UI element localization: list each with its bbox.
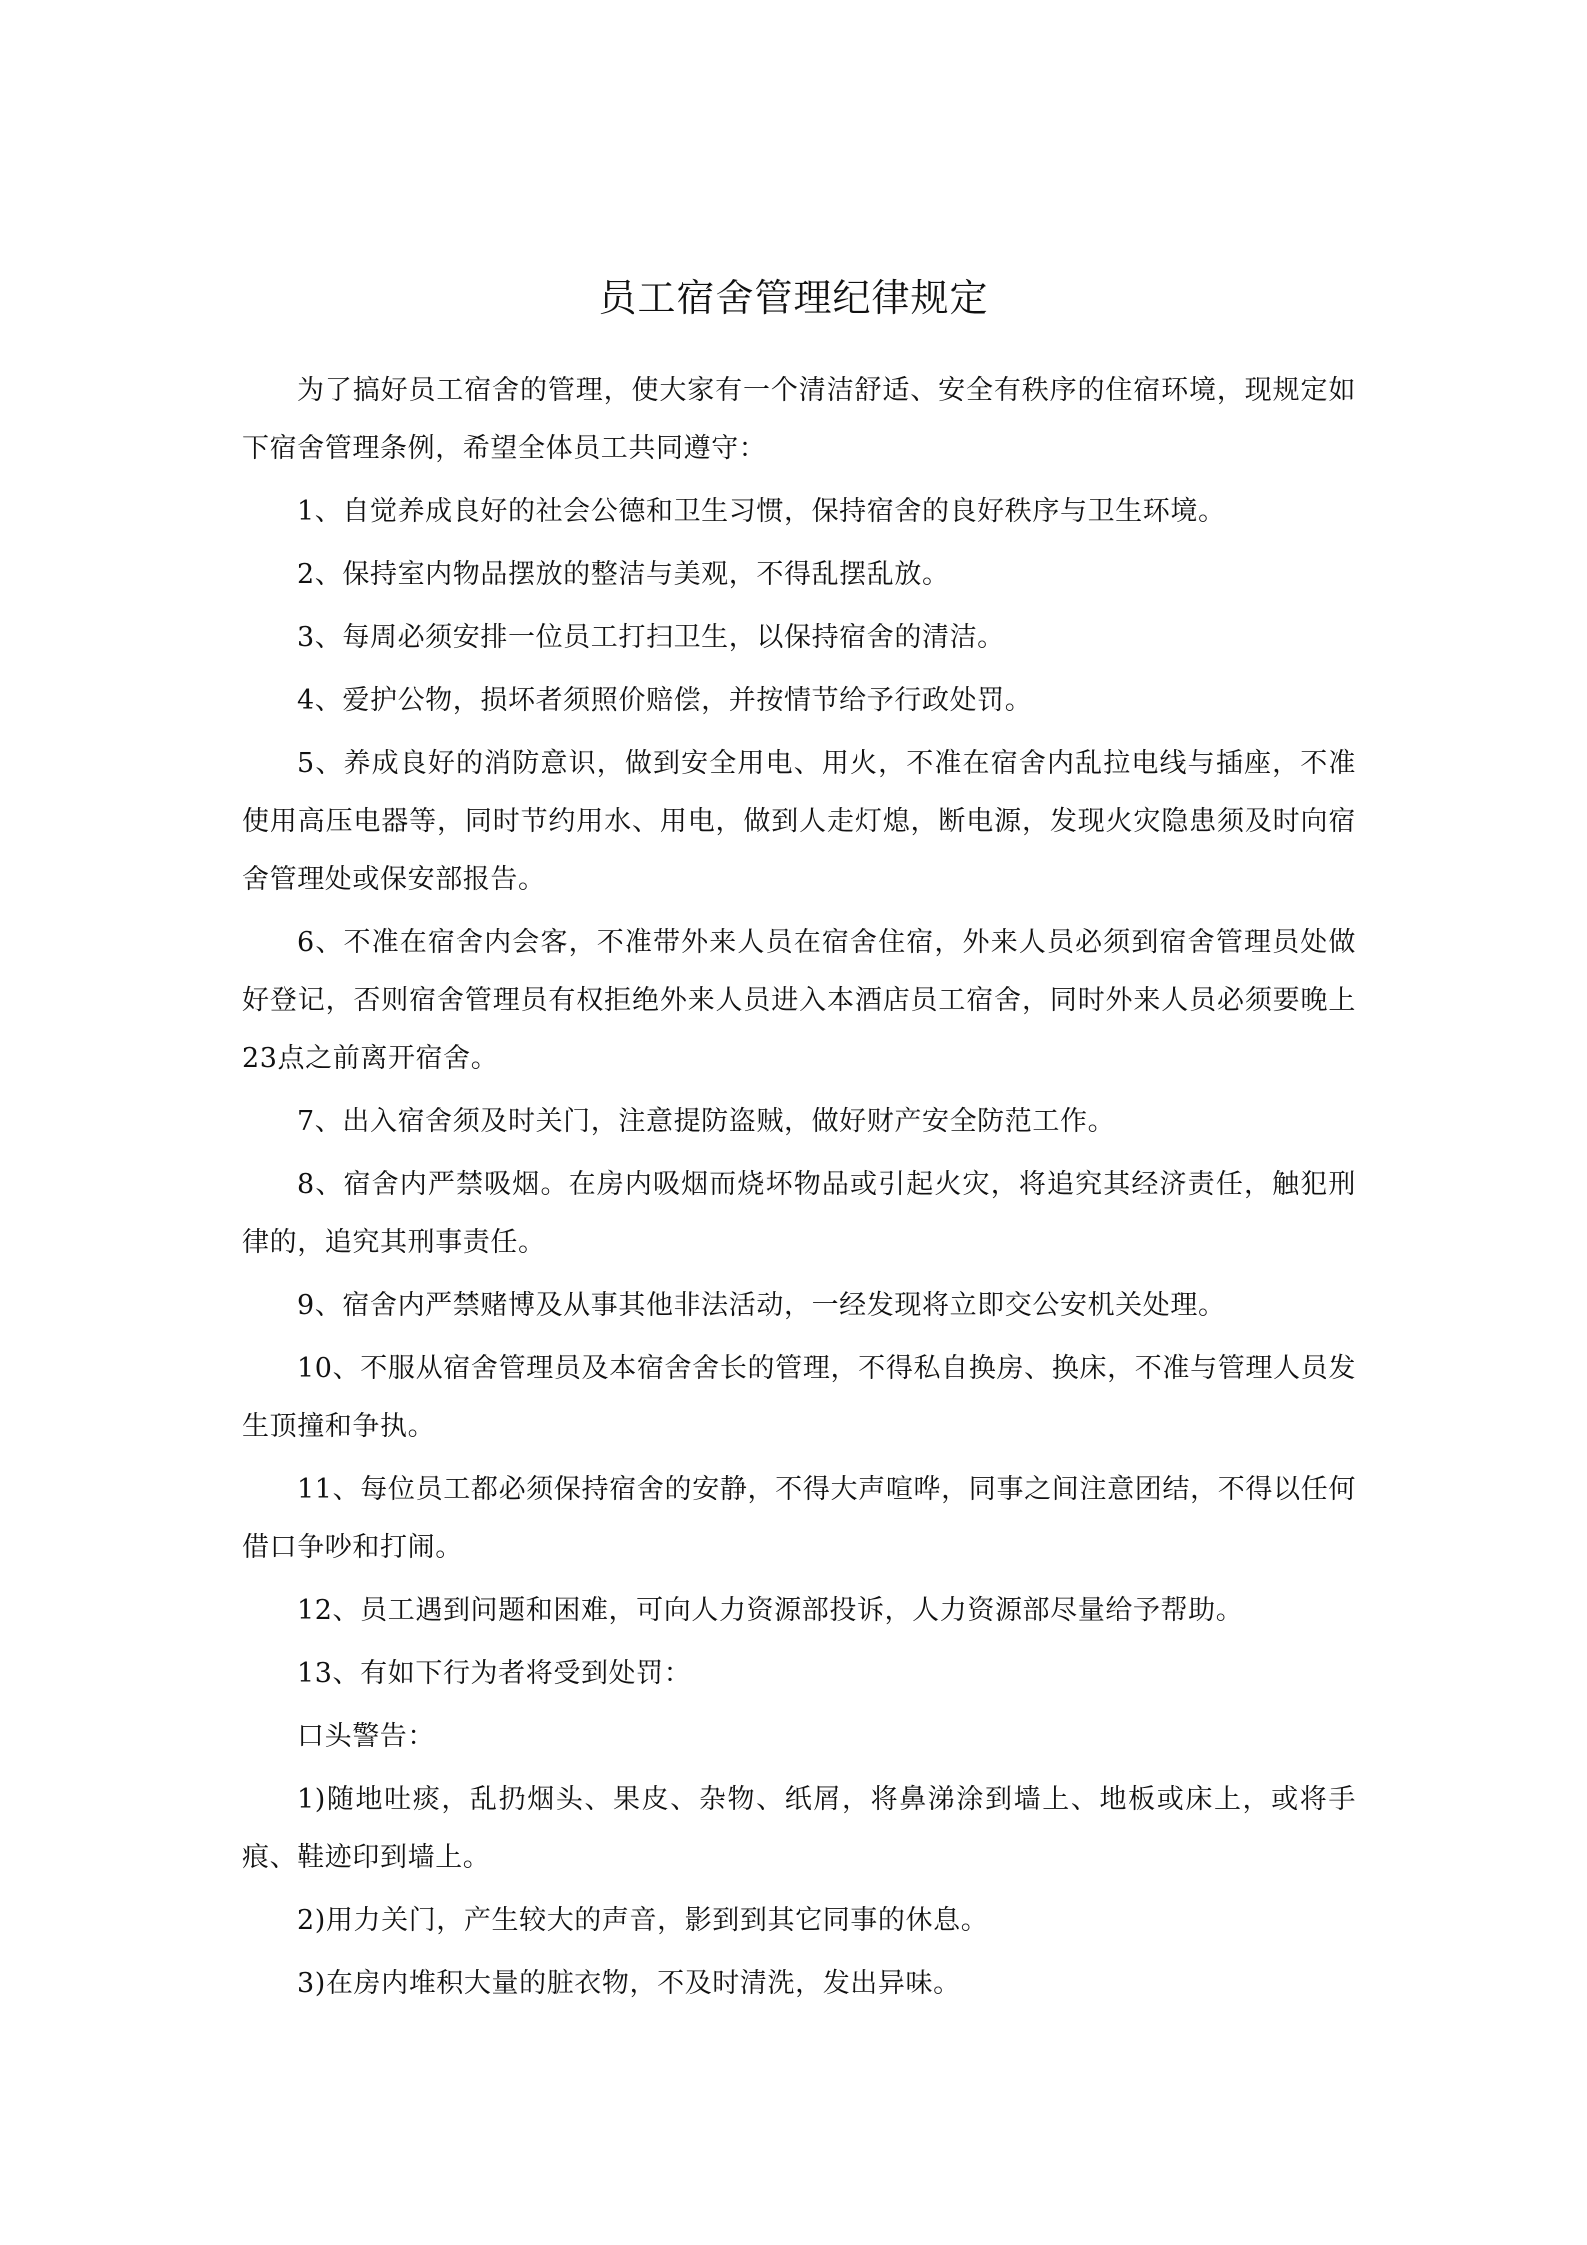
document-body: 为了搞好员工宿舍的管理，使大家有一个清洁舒适、安全有秩序的住宿环境，现规定如下宿… — [242, 362, 1356, 2018]
rule-12: 12、员工遇到问题和困难，可向人力资源部投诉，人力资源部尽量给予帮助。 — [242, 1582, 1356, 1640]
rule-2: 2、保持室内物品摆放的整洁与美观，不得乱摆乱放。 — [242, 546, 1356, 604]
document-title: 员工宿舍管理纪律规定 — [0, 268, 1587, 328]
rule-6: 6、不准在宿舍内会客，不准带外来人员在宿舍住宿，外来人员必须到宿舍管理员处做好登… — [242, 914, 1356, 1088]
document-page: 员工宿舍管理纪律规定 为了搞好员工宿舍的管理，使大家有一个清洁舒适、安全有秩序的… — [0, 0, 1587, 2245]
rule-9: 9、宿舍内严禁赌博及从事其他非法活动，一经发现将立即交公安机关处理。 — [242, 1277, 1356, 1335]
rule-11: 11、每位员工都必须保持宿舍的安静，不得大声喧哗，同事之间注意团结，不得以任何借… — [242, 1461, 1356, 1577]
penalty-item-2: 2)用力关门，产生较大的声音，影到到其它同事的休息。 — [242, 1892, 1356, 1950]
rule-5: 5、养成良好的消防意识，做到安全用电、用火，不准在宿舍内乱拉电线与插座，不准使用… — [242, 735, 1356, 909]
rule-3: 3、每周必须安排一位员工打扫卫生，以保持宿舍的清洁。 — [242, 609, 1356, 667]
rule-8: 8、宿舍内严禁吸烟。在房内吸烟而烧坏物品或引起火灾，将追究其经济责任，触犯刑律的… — [242, 1156, 1356, 1272]
penalty-heading: 口头警告： — [242, 1708, 1356, 1766]
intro-paragraph: 为了搞好员工宿舍的管理，使大家有一个清洁舒适、安全有秩序的住宿环境，现规定如下宿… — [242, 362, 1356, 478]
rule-1: 1、自觉养成良好的社会公德和卫生习惯，保持宿舍的良好秩序与卫生环境。 — [242, 483, 1356, 541]
rule-10: 10、不服从宿舍管理员及本宿舍舍长的管理，不得私自换房、换床，不准与管理人员发生… — [242, 1340, 1356, 1456]
penalty-item-1: 1)随地吐痰，乱扔烟头、果皮、杂物、纸屑，将鼻涕涂到墙上、地板或床上，或将手痕、… — [242, 1771, 1356, 1887]
rule-4: 4、爱护公物，损坏者须照价赔偿，并按情节给予行政处罚。 — [242, 672, 1356, 730]
rule-7: 7、出入宿舍须及时关门，注意提防盗贼，做好财产安全防范工作。 — [242, 1093, 1356, 1151]
rule-13: 13、有如下行为者将受到处罚： — [242, 1645, 1356, 1703]
penalty-item-3: 3)在房内堆积大量的脏衣物，不及时清洗，发出异味。 — [242, 1955, 1356, 2013]
